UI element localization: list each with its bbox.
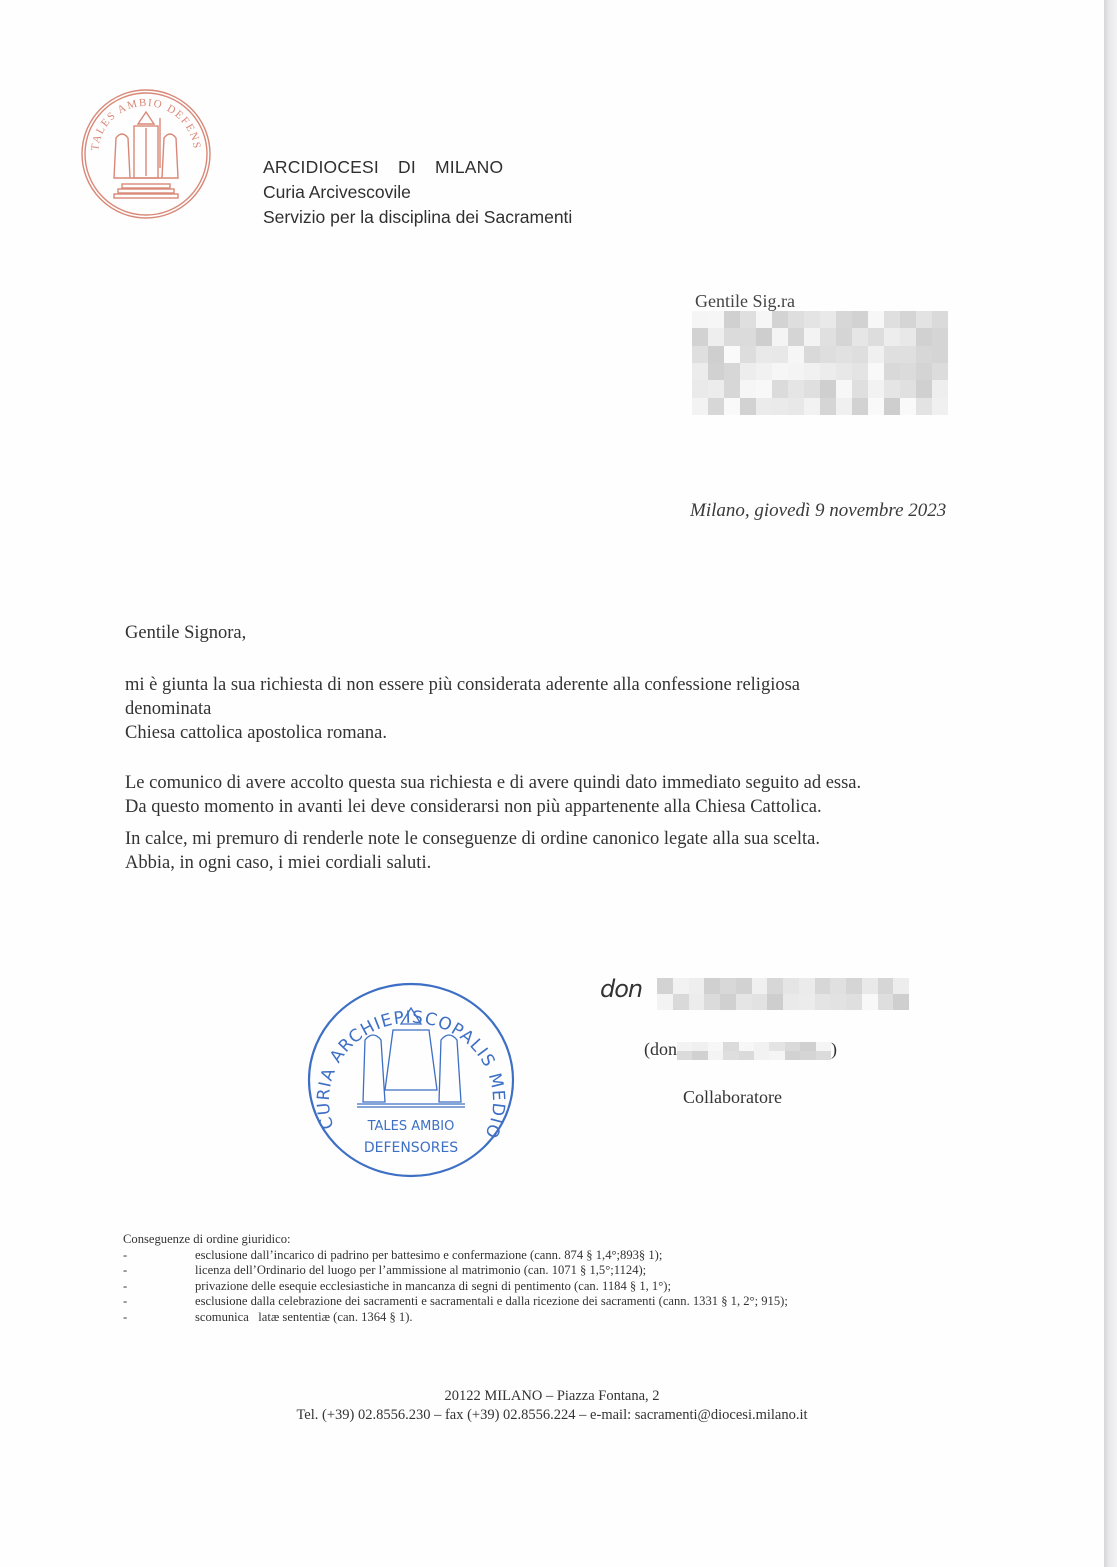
footer-contacts: Tel. (+39) 02.8556.230 – fax (+39) 02.85… [0,1406,1104,1425]
redacted-address [692,311,948,415]
redacted-name [677,1042,831,1060]
list-item: -privazione delle esequie ecclesiastiche… [123,1279,788,1295]
curia-stamp-icon: CURIA ARCHIEPISCOPALIS MEDIOLANI TALES A… [305,980,517,1180]
letter-page: TALES AMBIO DEFENSORES ARCIDIOCESI DI MI… [0,0,1104,1567]
diocese-seal-icon: TALES AMBIO DEFENSORES [80,88,212,220]
scan-edge [1104,0,1117,1567]
list-item: -esclusione dall’incarico di padrino per… [123,1248,788,1264]
svg-text:CURIA ARCHIEPISCOPALIS MEDIOLA: CURIA ARCHIEPISCOPALIS MEDIOLANI [305,980,508,1142]
handwritten-signature: don [600,975,642,1003]
signatory-role: Collaboratore [683,1087,782,1108]
letter-paragraph-1: mi è giunta la sua richiesta di non esse… [125,673,800,745]
org-office: Servizio per la disciplina dei Sacrament… [263,205,572,230]
consequences-list: Conseguenze di ordine giuridico: -esclus… [123,1232,788,1325]
letter-footer: 20122 MILANO – Piazza Fontana, 2 Tel. (+… [0,1387,1104,1425]
letter-greeting: Gentile Signora, [125,621,246,645]
recipient-salutation: Gentile Sig.ra [695,291,795,312]
list-item: -esclusione dalla celebrazione dei sacra… [123,1294,788,1310]
svg-text:DEFENSORES: DEFENSORES [364,1140,458,1156]
redacted-signature [657,978,909,1010]
org-name: ARCIDIOCESI DI MILANO [263,155,572,180]
signatory-name: (don) [644,1039,837,1060]
svg-text:TALES AMBIO: TALES AMBIO [367,1119,455,1134]
letter-paragraph-2: Le comunico di avere accolto questa sua … [125,771,861,819]
consequences-title: Conseguenze di ordine giuridico: [123,1232,788,1248]
footer-address: 20122 MILANO – Piazza Fontana, 2 [0,1387,1104,1406]
list-item: -scomunica latæ sententiæ (can. 1364 § 1… [123,1310,788,1326]
letter-paragraph-3: In calce, mi premuro di renderle note le… [125,827,820,875]
letterhead: ARCIDIOCESI DI MILANO Curia Arcivescovil… [263,155,572,230]
letter-date: Milano, giovedì 9 novembre 2023 [690,500,946,522]
org-department: Curia Arcivescovile [263,180,572,205]
list-item: -licenza dell’Ordinario del luogo per l’… [123,1263,788,1279]
